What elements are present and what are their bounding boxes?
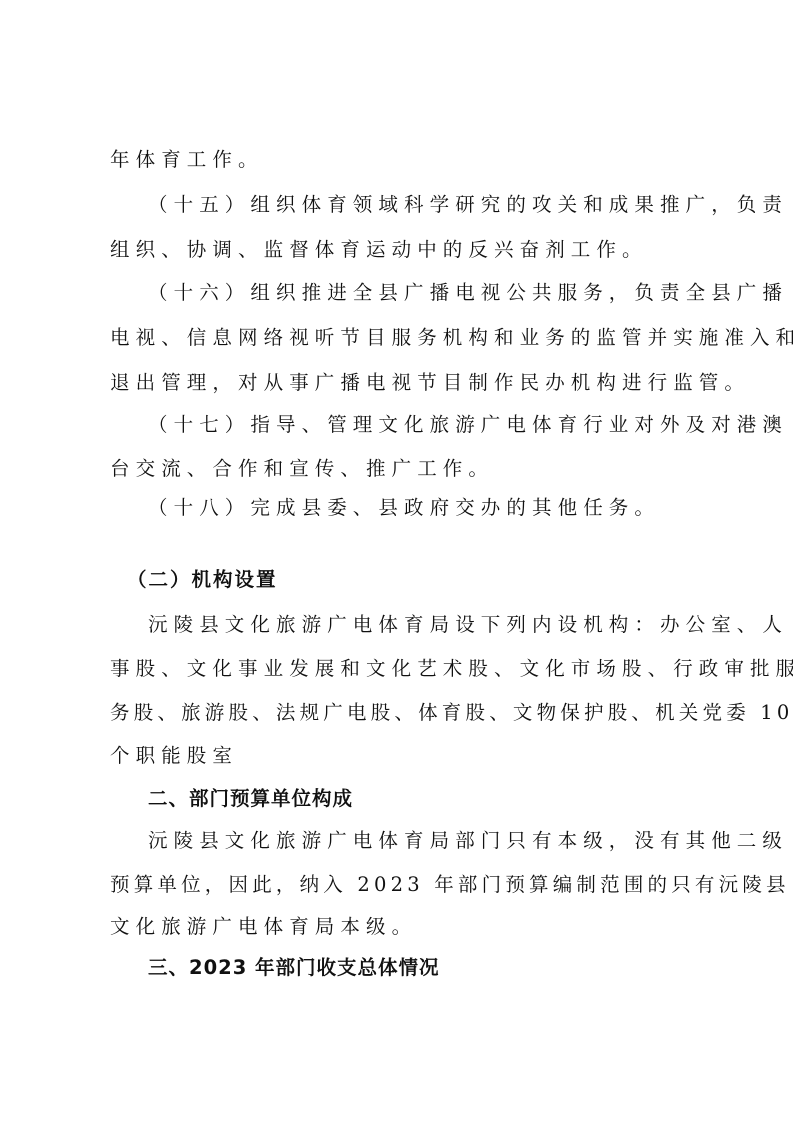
section-heading-budget-units: 二、部门预算单位构成 [148, 786, 353, 812]
section-heading-org-structure: （二）机构设置 [127, 567, 278, 593]
paragraph-line: （十六）组织推进全县广播电视公共服务，负责全县广播 [148, 280, 690, 306]
paragraph-line: 沅陵县文化旅游广电体育局设下列内设机构：办公室、人 [148, 612, 690, 638]
paragraph-line: 预算单位，因此，纳入 2023 年部门预算编制范围的只有沅陵县 [110, 872, 690, 898]
paragraph-line: 退出管理，对从事广播电视节目制作民办机构进行监管。 [110, 370, 690, 396]
paragraph-line: （十七）指导、管理文化旅游广电体育行业对外及对港澳 [148, 412, 690, 438]
paragraph-line: （十八）完成县委、县政府交办的其他任务。 [148, 495, 728, 521]
document-page: 年体育工作。 （十五）组织体育领域科学研究的攻关和成果推广，负责 组织、协调、监… [0, 0, 793, 1122]
paragraph-line: 事股、文化事业发展和文化艺术股、文化市场股、行政审批服 [110, 656, 690, 682]
paragraph-line: 个职能股室 [110, 743, 690, 769]
paragraph-line: 电视、信息网络视听节目服务机构和业务的监管并实施准入和 [110, 325, 690, 351]
paragraph-line: 文化旅游广电体育局本级。 [110, 914, 690, 940]
section-heading-budget-overview: 三、2023 年部门收支总体情况 [148, 955, 440, 981]
paragraph-line: 组织、协调、监督体育运动中的反兴奋剂工作。 [110, 237, 690, 263]
paragraph-line: 沅陵县文化旅游广电体育局部门只有本级，没有其他二级 [148, 828, 690, 854]
paragraph-line: 年体育工作。 [110, 147, 690, 173]
paragraph-line: （十五）组织体育领域科学研究的攻关和成果推广，负责 [148, 192, 690, 218]
paragraph-line: 务股、旅游股、法规广电股、体育股、文物保护股、机关党委 10 [110, 700, 690, 726]
paragraph-line: 台交流、合作和宣传、推广工作。 [110, 456, 690, 482]
